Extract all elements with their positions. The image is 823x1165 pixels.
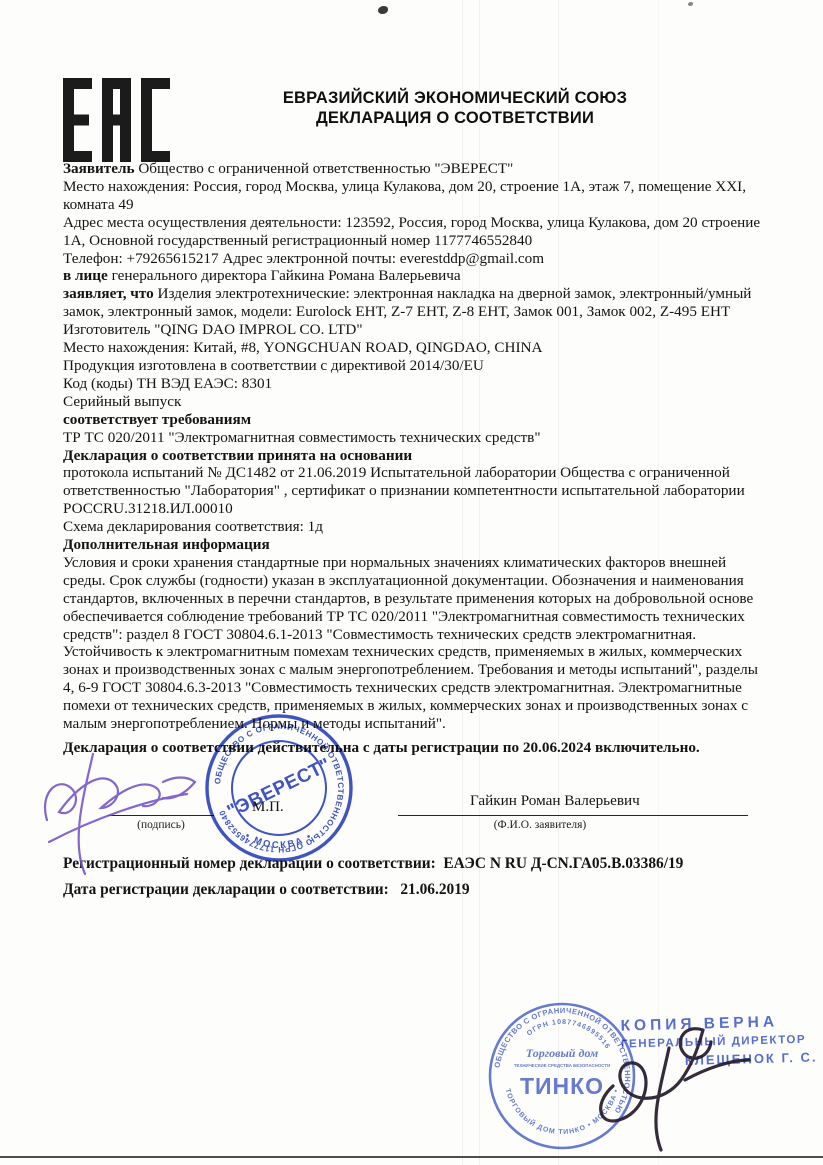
paragraph-represented-by-lead: в лице — [63, 267, 112, 284]
paragraph-tr-ts-text: ТР ТС 020/2011 "Электромагнитная совмест… — [63, 429, 541, 446]
paragraph-manufacturer-location-text: Место нахождения: Китай, #8, YONGCHUAN R… — [63, 339, 542, 356]
eac-logo — [63, 78, 170, 162]
paragraph-additional-info-heading-lead: Дополнительная информация — [63, 536, 270, 553]
paragraph-additional-info: Условия и сроки хранения стандартные при… — [63, 554, 765, 733]
applicant-fio-name: Гайкин Роман Валерьевич — [470, 792, 640, 810]
paragraph-additional-info-text: Условия и сроки хранения стандартные при… — [63, 554, 758, 732]
registration-date-value: 21.06.2019 — [400, 881, 469, 898]
paragraph-declares-text: Изделия электротехнические: электронная … — [63, 285, 751, 320]
scan-speck — [378, 6, 388, 14]
paragraph-additional-info-heading: Дополнительная информация — [63, 536, 765, 554]
paragraph-location-text: Место нахождения: Россия, город Москва, … — [63, 178, 746, 213]
paragraph-serial-production: Серийный выпуск — [63, 393, 765, 411]
scan-speck — [688, 2, 693, 6]
paragraph-phone-email: Телефон: +79265615217 Адрес электронной … — [63, 250, 765, 268]
title-line-union: ЕВРАЗИЙСКИЙ ЭКОНОМИЧЕСКИЙ СОЮЗ — [215, 88, 695, 108]
paragraph-tnved-code-text: Код (коды) ТН ВЭД ЕАЭС: 8301 — [63, 375, 272, 392]
paragraph-declares: заявляет, что Изделия электротехнические… — [63, 285, 765, 321]
paragraph-declares-lead: заявляет, что — [63, 285, 158, 302]
paragraph-test-protocol-text: протокола испытаний № ДС1482 от 21.06.20… — [63, 464, 745, 517]
paragraph-applicant: Заявитель Общество с ограниченной ответс… — [63, 160, 765, 178]
fio-caption: (Ф.И.О. заявителя) — [470, 819, 610, 831]
paragraph-manufacturer: Изготовитель "QING DAO IMPROL CO. LTD" — [63, 321, 765, 339]
paragraph-manufacturer-location: Место нахождения: Китай, #8, YONGCHUAN R… — [63, 339, 765, 357]
paragraph-declaration-scheme-text: Схема декларирования соответствия: 1д — [63, 518, 323, 535]
paragraph-basis-heading: Декларация о соответствии принята на осн… — [63, 447, 765, 465]
paragraph-applicant-text: Общество с ограниченной ответственностью… — [138, 160, 513, 177]
fio-line — [398, 815, 748, 816]
paragraph-directive: Продукция изготовлена в соответствии с д… — [63, 357, 765, 375]
paragraph-declaration-scheme: Схема декларирования соответствия: 1д — [63, 518, 765, 536]
document-body: Заявитель Общество с ограниченной ответс… — [63, 160, 765, 757]
director-handwritten-signature — [585, 1008, 760, 1158]
paragraph-test-protocol: протокола испытаний № ДС1482 от 21.06.20… — [63, 464, 765, 518]
title-line-declaration: ДЕКЛАРАЦИЯ О СООТВЕТСТВИИ — [215, 108, 695, 128]
paragraph-tr-ts: ТР ТС 020/2011 "Электромагнитная совмест… — [63, 429, 765, 447]
registration-number-value: ЕАЭС N RU Д-CN.ГА05.В.03386/19 — [443, 855, 683, 872]
paragraph-represented-by: в лице генерального директора Гайкина Ро… — [63, 267, 765, 285]
paragraph-phone-email-text: Телефон: +79265615217 Адрес электронной … — [63, 250, 544, 267]
paragraph-complies-heading-lead: соответствует требованиям — [63, 411, 251, 428]
everest-stamp-center-text: "ЭВЕРЕСТ" — [224, 754, 334, 822]
registration-date-line: Дата регистрации декларации о соответств… — [63, 881, 470, 899]
declaration-document-page: ЕВРАЗИЙСКИЙ ЭКОНОМИЧЕСКИЙ СОЮЗ ДЕКЛАРАЦИ… — [0, 0, 823, 1165]
applicant-handwritten-signature — [35, 742, 235, 880]
paragraph-activity-address-text: Адрес места осуществления деятельности: … — [63, 214, 760, 249]
paragraph-location: Место нахождения: Россия, город Москва, … — [63, 178, 765, 214]
registration-date-label: Дата регистрации декларации о соответств… — [63, 881, 389, 898]
paragraph-tnved-code: Код (коды) ТН ВЭД ЕАЭС: 8301 — [63, 375, 765, 393]
document-title: ЕВРАЗИЙСКИЙ ЭКОНОМИЧЕСКИЙ СОЮЗ ДЕКЛАРАЦИ… — [215, 88, 695, 128]
paragraph-basis-heading-lead: Декларация о соответствии принята на осн… — [63, 447, 412, 464]
paragraph-serial-production-text: Серийный выпуск — [63, 393, 181, 410]
paragraph-applicant-lead: Заявитель — [63, 160, 138, 177]
paragraph-complies-heading: соответствует требованиям — [63, 411, 765, 429]
paragraph-manufacturer-text: Изготовитель "QING DAO IMPROL CO. LTD" — [63, 321, 363, 338]
paragraph-represented-by-text: генерального директора Гайкина Романа Ва… — [112, 267, 461, 284]
paragraph-activity-address: Адрес места осуществления деятельности: … — [63, 214, 765, 250]
paragraph-directive-text: Продукция изготовлена в соответствии с д… — [63, 357, 484, 374]
